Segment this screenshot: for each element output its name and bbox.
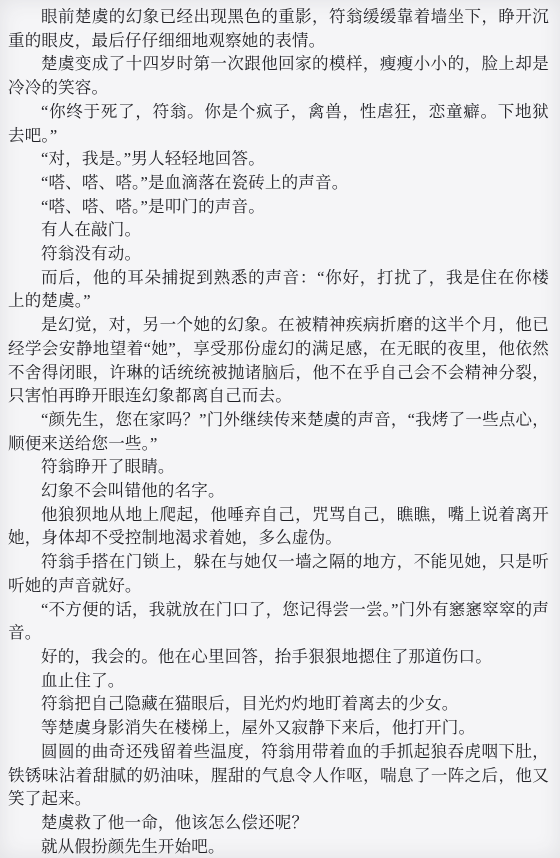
paragraph: 血止住了。 <box>8 669 549 693</box>
reader-page[interactable]: 眼前楚虞的幻象已经出现黑色的重影，符翁缓缓靠着墙坐下，睁开沉重的眼皮，最后仔仔细… <box>0 0 560 858</box>
paragraph: 符翁把自己隐藏在猫眼后，目光灼灼地盯着离去的少女。 <box>8 692 549 716</box>
paragraph: 圆圆的曲奇还残留着些温度，符翁用带着血的手抓起狼吞虎咽下肚，铁锈味沾着甜腻的奶油… <box>8 740 549 811</box>
paragraph: 好的，我会的。他在心里回答，抬手狠狠地摁住了那道伤口。 <box>8 645 549 669</box>
paragraph: 就从假扮颜先生开始吧。 <box>8 835 549 858</box>
paragraph: 楚虞变成了十四岁时第一次跟他回家的模样，瘦瘦小小的，脸上却是冷冷的笑容。 <box>8 52 549 99</box>
paragraph: 符翁手搭在门锁上，躲在与她仅一墙之隔的地方，不能见她，只是听听她的声音就好。 <box>8 550 549 597</box>
paragraph: “对，我是。”男人轻轻地回答。 <box>8 147 549 171</box>
paragraph: “你终于死了，符翁。你是个疯子，禽兽，性虐狂，恋童癖。下地狱去吧。” <box>8 100 549 147</box>
paragraph: 幻象不会叫错他的名字。 <box>8 479 549 503</box>
paragraph: 而后，他的耳朵捕捉到熟悉的声音：“你好，打扰了，我是住在你楼上的楚虞。” <box>8 266 549 313</box>
paragraph: “嗒、嗒、嗒。”是血滴落在瓷砖上的声音。 <box>8 171 549 195</box>
paragraph: 他狼狈地从地上爬起，他唾弃自己，咒骂自己，瞧瞧，嘴上说着离开她，身体却不受控制地… <box>8 503 549 550</box>
paragraph: 是幻觉，对，另一个她的幻象。在被精神疾病折磨的这半个月，他已经学会安静地望着“她… <box>8 313 549 408</box>
paragraph: 符翁没有动。 <box>8 242 549 266</box>
paragraph: 有人在敲门。 <box>8 218 549 242</box>
paragraph: 符翁睁开了眼睛。 <box>8 455 549 479</box>
paragraph: “不方便的话，我就放在门口了，您记得尝一尝。”门外有窸窸窣窣的声音。 <box>8 598 549 645</box>
paragraph: 眼前楚虞的幻象已经出现黑色的重影，符翁缓缓靠着墙坐下，睁开沉重的眼皮，最后仔仔细… <box>8 5 549 52</box>
paragraph: 楚虞救了他一命，他该怎么偿还呢？ <box>8 811 549 835</box>
paragraph: “颜先生，您在家吗？”门外继续传来楚虞的声音，“我烤了一些点心，顺便来送给您一些… <box>8 408 549 455</box>
novel-text: 眼前楚虞的幻象已经出现黑色的重影，符翁缓缓靠着墙坐下，睁开沉重的眼皮，最后仔仔细… <box>8 5 549 858</box>
paragraph: “嗒、嗒、嗒。”是叩门的声音。 <box>8 195 549 219</box>
paragraph: 等楚虞身影消失在楼梯上，屋外又寂静下来后，他打开门。 <box>8 716 549 740</box>
